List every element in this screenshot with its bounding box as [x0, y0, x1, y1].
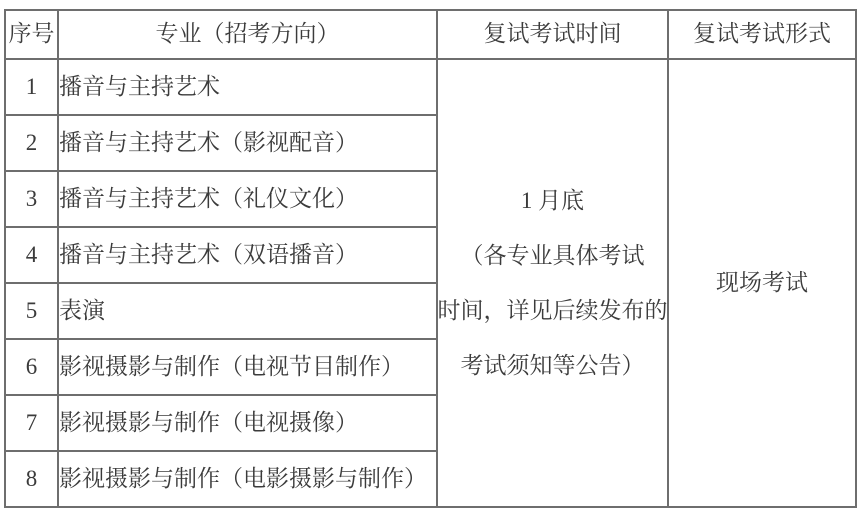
major-name: 播音与主持艺术: [58, 59, 437, 115]
major-name: 播音与主持艺术（双语播音）: [58, 227, 437, 283]
row-number: 7: [5, 395, 58, 451]
row-number: 8: [5, 451, 58, 500]
exam-schedule-table-wrap: 序号 专业（招考方向） 复试考试时间 复试考试形式 1 播音与主持艺术 1 月底…: [4, 9, 857, 500]
row-number: 4: [5, 227, 58, 283]
retest-time-line: 1 月底: [521, 173, 584, 228]
retest-form-cell: 现场考试: [668, 59, 856, 500]
major-name: 影视摄影与制作（电影摄影与制作）: [58, 451, 437, 500]
row-number: 1: [5, 59, 58, 115]
header-retest-form: 复试考试形式: [668, 10, 856, 59]
row-number: 2: [5, 115, 58, 171]
retest-time-line: 考试须知等公告）: [461, 338, 645, 393]
major-name: 播音与主持艺术（礼仪文化）: [58, 171, 437, 227]
row-number: 6: [5, 339, 58, 395]
row-number: 3: [5, 171, 58, 227]
major-name: 影视摄影与制作（电视摄像）: [58, 395, 437, 451]
major-name: 播音与主持艺术（影视配音）: [58, 115, 437, 171]
header-serial-number: 序号: [5, 10, 58, 59]
table-row: 1 播音与主持艺术 1 月底 （各专业具体考试 时间，详见后续发布的 考试须知等…: [5, 59, 856, 115]
header-retest-time: 复试考试时间: [437, 10, 668, 59]
retest-time-cell: 1 月底 （各专业具体考试 时间，详见后续发布的 考试须知等公告）: [437, 59, 668, 500]
major-name: 表演: [58, 283, 437, 339]
row-number: 5: [5, 283, 58, 339]
major-name: 影视摄影与制作（电视节目制作）: [58, 339, 437, 395]
retest-time-line: 时间，详见后续发布的: [438, 283, 668, 338]
retest-time-text: 1 月底 （各专业具体考试 时间，详见后续发布的 考试须知等公告）: [438, 173, 667, 393]
exam-schedule-table: 序号 专业（招考方向） 复试考试时间 复试考试形式 1 播音与主持艺术 1 月底…: [4, 9, 857, 500]
retest-time-line: （各专业具体考试: [461, 228, 645, 283]
header-major-direction: 专业（招考方向）: [58, 10, 437, 59]
header-row: 序号 专业（招考方向） 复试考试时间 复试考试形式: [5, 10, 856, 59]
